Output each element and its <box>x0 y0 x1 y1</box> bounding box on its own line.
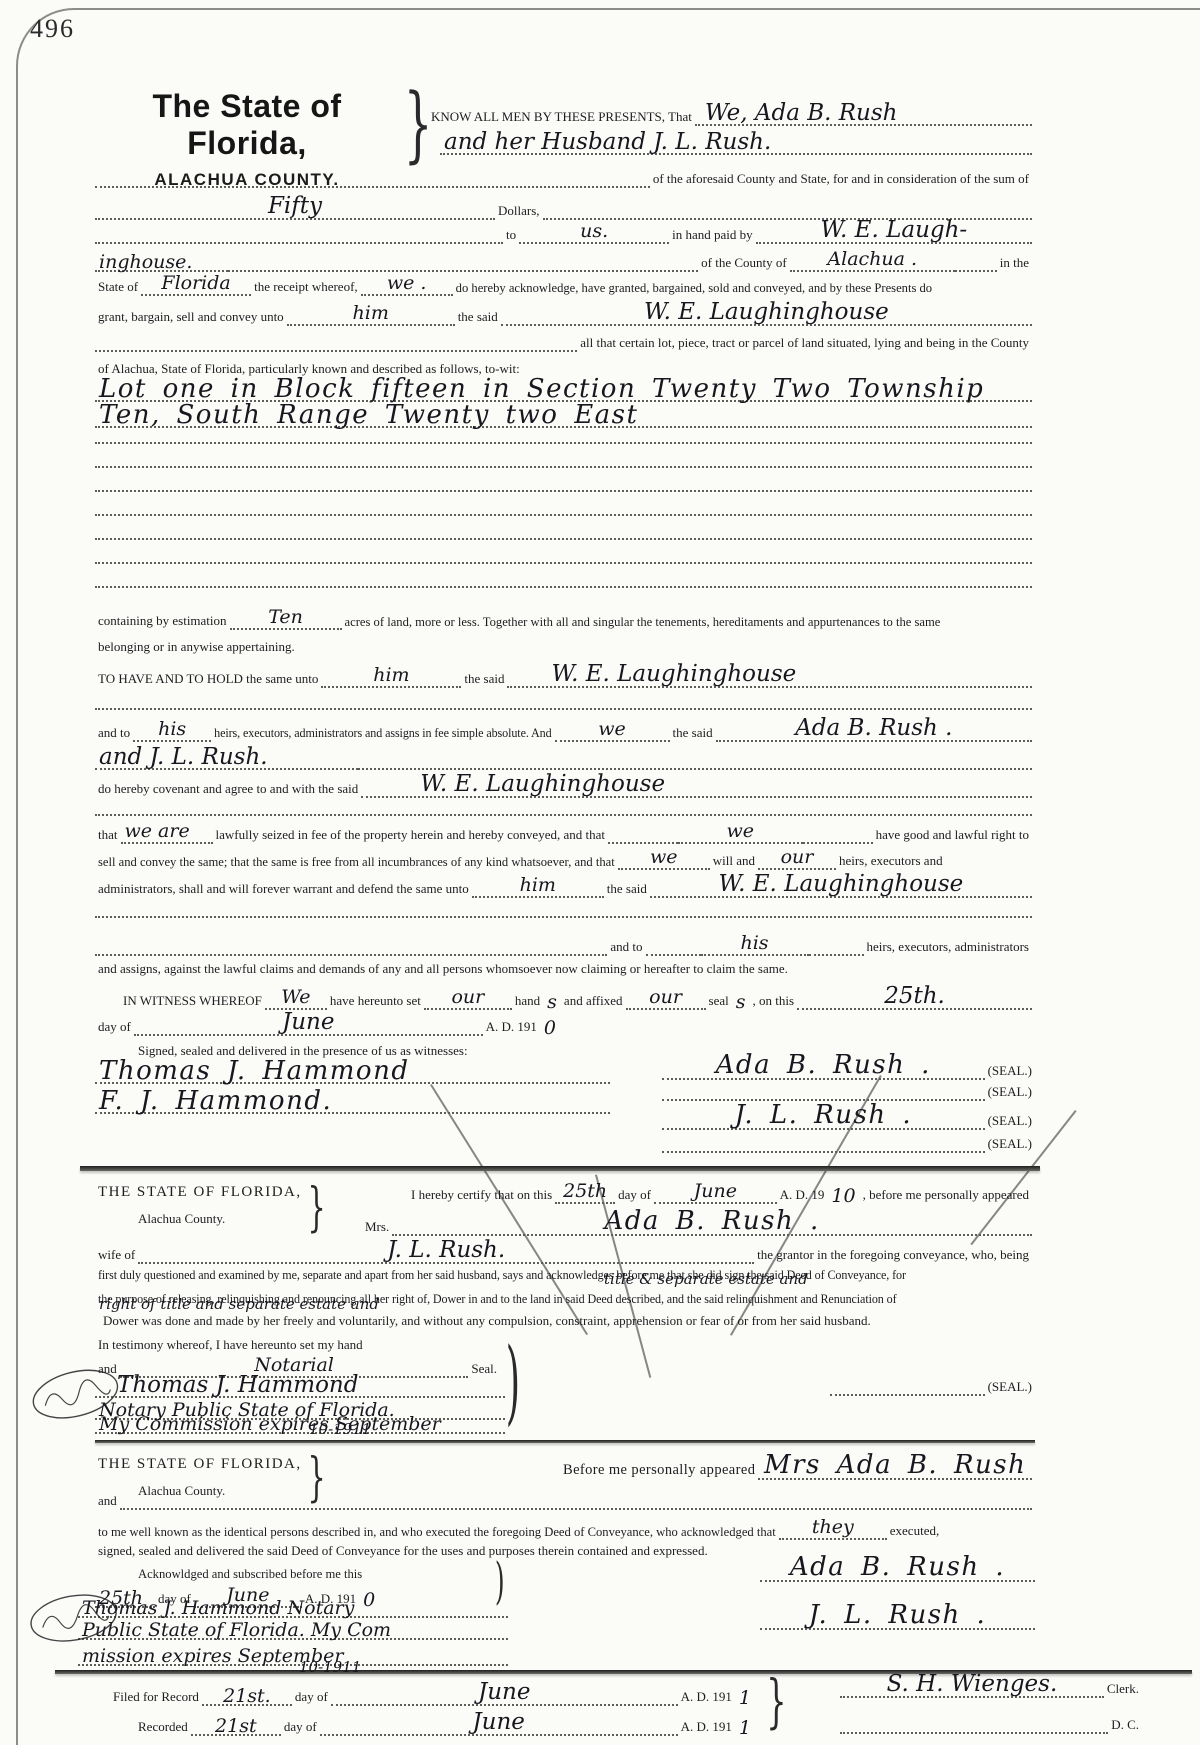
his-entry: his <box>701 935 809 956</box>
printed-the-said: the said <box>604 882 650 898</box>
payee-handwriting: us. <box>576 220 612 242</box>
notary2-known-line: to me well known as the identical person… <box>95 1512 1032 1540</box>
day-handwriting: 25th <box>559 1180 611 1202</box>
our-handwriting: our <box>645 986 686 1008</box>
we-are-handwriting: we are <box>121 820 194 842</box>
we-entry: we <box>555 721 670 742</box>
grantee-handwriting: W. E. Laughinghouse <box>547 661 800 687</box>
day-handwriting: 25th. <box>880 983 949 1009</box>
blank-rule <box>95 424 1032 444</box>
heirs-handwriting: his <box>154 718 190 740</box>
dotted-leader <box>120 1508 1032 1510</box>
seized-line: that we are lawfully seized in fee of th… <box>95 818 1032 844</box>
printed-heirs: heirs, executors, administrators and ass… <box>211 727 554 742</box>
sum-entry: Fifty <box>95 197 495 220</box>
dotted-leader <box>95 514 1032 516</box>
we-handwriting: we <box>594 718 630 740</box>
seal-label: (SEAL.) <box>985 1380 1035 1396</box>
witness-signature-row: Thomas J. Hammond <box>95 1054 610 1084</box>
grantor2-line: and J. L. Rush. <box>95 742 1032 770</box>
husband-handwriting: J. L. Rush. <box>383 1237 509 1263</box>
month-entry: June <box>654 1183 777 1204</box>
sell-line: sell and convey the same; that the same … <box>95 844 1032 870</box>
grantor-names-handwriting: We, Ada B. Rush <box>695 104 1032 126</box>
to-have-line: TO HAVE AND TO HOLD the same unto him th… <box>95 658 1032 688</box>
grant-line: grant, bargain, sell and convey unto him… <box>95 296 1032 326</box>
plural-s-handwriting: s <box>732 994 750 1010</box>
blank-rule <box>95 900 1032 918</box>
receipt-entry: we . <box>361 275 453 296</box>
recorded-day-handwriting: 21st <box>191 1718 281 1736</box>
section-divider <box>80 1166 1040 1171</box>
grantor-signature: Ada B. Rush . <box>786 1552 1009 1582</box>
we-entry: we <box>618 849 710 870</box>
printed-ad: A. D. 19 <box>777 1188 828 1204</box>
month-handwriting: June <box>278 1009 338 1035</box>
blank-rule <box>95 520 1032 540</box>
dotted-leader <box>95 350 577 352</box>
notary1-testimony-line: In testimony whereof, I have hereunto se… <box>95 1332 515 1354</box>
signature-entry: Ada B. Rush . <box>760 1556 1035 1582</box>
printed-to: to <box>503 228 519 244</box>
notary1-certify-line: I hereby certify that on this 25th day o… <box>408 1178 1032 1204</box>
husband-entry: J. L. Rush. <box>138 1241 754 1264</box>
printed-acknowledge: do hereby acknowledge, have granted, bar… <box>453 281 935 296</box>
blank-rule <box>95 544 1032 564</box>
commission-date-handwriting: 10-1911 <box>305 1423 375 1436</box>
sum-line: Fifty Dollars, <box>95 192 1032 220</box>
printed-receipt: the receipt whereof, <box>251 280 361 296</box>
notary2-notary-row: mission expires September <box>78 1640 508 1666</box>
heirs2-line: and to his heirs, executors, administrat… <box>95 930 1032 956</box>
dotted-leader <box>840 1732 1108 1734</box>
printed-administrators: administrators, shall and will forever w… <box>95 882 472 898</box>
printed-ad: A. D. 191 <box>483 1020 540 1036</box>
we-entry: We <box>265 989 327 1010</box>
acreage-entry: Ten <box>230 609 342 630</box>
we-handwriting: We <box>277 986 314 1008</box>
grantee-entry: W. E. Laughinghouse <box>501 303 1032 326</box>
blank-rule <box>95 448 1032 468</box>
containing-line: containing by estimation Ten acres of la… <box>95 604 1032 630</box>
clerk-signature: S. H. Wienges. <box>883 1671 1062 1697</box>
printed-in-hand: in hand paid by <box>669 228 756 244</box>
witness-signature-row: F. J. Hammond. <box>95 1084 610 1114</box>
filed-for-record-line: Filed for Record 21st. day of June A. D.… <box>110 1680 755 1706</box>
printed-that: that <box>95 828 121 844</box>
bracket-icon: ) <box>506 1336 520 1428</box>
receipt-line: State of Florida the receipt whereof, we… <box>95 270 1032 296</box>
our-entry: our <box>424 989 512 1010</box>
witness-signature: F. J. Hammond. <box>95 1090 610 1114</box>
our-entry: our <box>626 989 706 1010</box>
grantee-entry: W. E. Laughinghouse <box>507 665 1032 688</box>
printed-acres-text: acres of land, more or less. Together wi… <box>342 615 944 630</box>
notary2-and-line: and <box>95 1488 1032 1510</box>
brace-icon: } <box>307 1182 325 1234</box>
clerk-label: Clerk. <box>1104 1682 1142 1698</box>
his-handwriting: his <box>736 932 772 954</box>
notary1-seal-row: (SEAL.) <box>830 1372 1035 1396</box>
we-handwriting: we <box>723 820 759 842</box>
printed-covenant: do hereby covenant and agree to and with… <box>95 782 361 798</box>
grantor-signature: J. L. Rush . <box>805 1600 991 1630</box>
printed-seized: lawfully seized in fee of the property h… <box>213 828 608 844</box>
grantor-signature: J. L. Rush . <box>730 1100 916 1130</box>
filed-year-handwriting: 1 <box>735 1690 755 1706</box>
unto-handwriting: him <box>369 664 413 686</box>
printed-belonging: belonging or in anywise appertaining. <box>95 640 298 656</box>
dotted-leader <box>95 708 1032 710</box>
printed-state-of: State of <box>95 280 141 296</box>
grantor-entry: Ada B. Rush . <box>716 719 1032 742</box>
seal-label: (SEAL.) <box>985 1114 1035 1130</box>
witness-signature: Thomas J. Hammond <box>95 1060 610 1084</box>
printed-grant-unto: grant, bargain, sell and convey unto <box>95 310 287 326</box>
notary1-insert-line: title & separate estate and <box>600 1268 860 1286</box>
day-entry: 25th <box>555 1183 615 1204</box>
grantee-handwriting: W. E. Laughinghouse <box>640 299 893 325</box>
notary1-questioned-line: first duly questioned and examined by me… <box>95 1262 1032 1284</box>
printed-ad: A. D. 191 <box>678 1720 735 1736</box>
name-entry: Mrs Ada B. Rush <box>758 1454 1032 1480</box>
grantor-signature: Ada B. Rush . <box>712 1050 935 1080</box>
notary1-state: THE STATE OF FLORIDA, <box>95 1184 305 1202</box>
acreage-handwriting: Ten <box>264 606 307 628</box>
printed-filed-label: Filed for Record <box>110 1690 202 1706</box>
county-entry: Alachua . <box>790 251 955 272</box>
paid-by-line: to us. in hand paid by W. E. Laugh- <box>95 218 1032 244</box>
grantee-entry: W. E. Laughinghouse <box>361 775 1032 798</box>
dotted-leader <box>95 562 1032 564</box>
dotted-leader <box>95 586 1032 588</box>
printed-the-said: the said <box>461 672 507 688</box>
all-that-line: all that certain lot, piece, tract or pa… <box>95 330 1032 352</box>
deed-record-page: 496 The State of Florida, ALACHUA COUNTY… <box>0 0 1200 1745</box>
our-entry: our <box>758 849 836 870</box>
insert-handwriting: title & separate estate and <box>600 1273 812 1286</box>
notary-title-handwriting: Public State of Florida. My Com <box>78 1622 508 1640</box>
printed-appeared: , before me personally appeared <box>860 1188 1032 1204</box>
printed-recorded-label: Recorded <box>135 1720 191 1736</box>
recorded-line: Recorded 21st day of June A. D. 191 1 <box>135 1710 755 1736</box>
printed-heirs2: heirs, executors, administrators <box>864 940 1032 956</box>
blank-rule <box>95 472 1032 492</box>
printed-presents: KNOW ALL MEN BY THESE PRESENTS, That <box>428 110 695 126</box>
deputy-clerk-label: D. C. <box>1108 1718 1142 1734</box>
signature-entry: J. L. Rush . <box>662 1104 985 1130</box>
we-are-entry: we are <box>121 823 213 844</box>
commission-handwriting: mission expires September <box>78 1648 508 1666</box>
blank-rule <box>95 496 1032 516</box>
printed-signed: signed, sealed and delivered the said De… <box>95 1544 711 1560</box>
recorded-month-handwriting: June <box>468 1709 528 1735</box>
dotted-leader <box>95 814 1032 816</box>
deputy-clerk-row: D. C. <box>840 1712 1142 1734</box>
notary2-ack-line: Acknowldged and subscribed before me thi… <box>135 1560 490 1582</box>
covenant-line: do hereby covenant and agree to and with… <box>95 768 1032 798</box>
signature-entry: J. L. Rush . <box>760 1604 1035 1630</box>
commission-date-handwriting: 10-1911 <box>295 1661 365 1674</box>
notary1-dower-line: Dower was done and made by her freely an… <box>100 1308 1032 1330</box>
notary1-name-line: Mrs. Ada B. Rush . <box>362 1206 1032 1236</box>
printed-day-of: day of <box>95 1020 134 1036</box>
date-line: day of June A. D. 191 0 <box>95 1008 560 1036</box>
dotted-leader <box>95 916 1032 918</box>
notary1-commission-date: 10-1911 <box>305 1418 445 1436</box>
printed-assigns: and assigns, against the lawful claims a… <box>95 962 791 978</box>
grantee-entry: W. E. Laughinghouse <box>650 875 1032 898</box>
warrant-line: administrators, shall and will forever w… <box>95 868 1032 898</box>
payee-entry: us. <box>519 223 669 244</box>
month-entry: June <box>331 1683 678 1706</box>
grantor-names-handwriting: and her Husband J. L. Rush. <box>440 133 1032 155</box>
sum-handwriting: Fifty <box>264 193 326 219</box>
our-handwriting: our <box>447 986 488 1008</box>
state-title: The State of Florida, <box>92 88 402 162</box>
printed-day-of: day of <box>615 1188 654 1204</box>
him-entry: him <box>472 877 604 898</box>
notary2-signature-row: Ada B. Rush . <box>760 1548 1035 1582</box>
month-entry: June <box>320 1713 678 1736</box>
printed-all-that: all that certain lot, piece, tract or pa… <box>577 336 1032 352</box>
printed-good-right: have good and lawful right to <box>873 828 1032 844</box>
state-entry: Florida <box>141 275 251 296</box>
printed-to-have: TO HAVE AND TO HOLD the same unto <box>95 672 321 688</box>
printed-seal: seal <box>706 994 732 1010</box>
printed-day-of: day of <box>281 1720 320 1736</box>
payer-handwriting: W. E. Laugh- <box>816 217 971 243</box>
seal-label: (SEAL.) <box>985 1137 1035 1153</box>
notary2-state: THE STATE OF FLORIDA, <box>95 1456 305 1474</box>
we-handwriting: we <box>646 846 682 868</box>
clerk-signature-entry: S. H. Wienges. <box>840 1675 1104 1698</box>
printed-and: and <box>95 1494 120 1510</box>
in-witness-line: IN WITNESS WHEREOF We have hereunto set … <box>120 982 1032 1010</box>
state-handwriting: Florida <box>157 272 234 294</box>
unto-entry: him <box>321 667 461 688</box>
signature-entry <box>662 1151 985 1153</box>
printed-affixed: and affixed <box>561 994 626 1010</box>
printed-the-said: the said <box>455 310 501 326</box>
dotted-leader <box>95 186 650 188</box>
opening-clause-line1: KNOW ALL MEN BY THESE PRESENTS, That We,… <box>428 96 1032 126</box>
printed-on-this: , on this <box>750 994 798 1010</box>
blank-rule <box>95 568 1032 588</box>
grantor-handwriting: and J. L. Rush. <box>95 748 358 770</box>
printed-aforesaid: of the aforesaid County and State, for a… <box>650 172 1032 188</box>
dotted-leader <box>95 490 1032 492</box>
printed-day-of: day of <box>292 1690 331 1706</box>
printed-acknowledged: Acknowldged and subscribed before me thi… <box>135 1567 365 1582</box>
name-handwriting: Mrs Ada B. Rush <box>760 1450 1030 1480</box>
notary2-signature-row: J. L. Rush . <box>760 1596 1035 1630</box>
grantor-signature-row: Ada B. Rush . (SEAL.) <box>662 1048 1035 1080</box>
him-handwriting: him <box>516 874 560 896</box>
dotted-leader <box>830 1394 985 1396</box>
day-entry: 25th. <box>797 987 1032 1010</box>
heirs-line: and to his heirs, executors, administrat… <box>95 714 1032 742</box>
grantor-signature-row: (SEAL.) <box>662 1129 1035 1153</box>
county-line: inghouse. of the County of Alachua . in … <box>95 244 1032 272</box>
we-entry: we <box>678 823 803 844</box>
grantee-handwriting: W. E. Laughinghouse <box>715 871 968 897</box>
filed-month-handwriting: June <box>474 1679 534 1705</box>
notary1-county: Alachua County. <box>135 1212 228 1228</box>
printed-and-to: and to <box>95 726 133 742</box>
grantor-handwriting: Ada B. Rush . <box>791 715 956 741</box>
brace-icon: } <box>766 1672 786 1730</box>
notary2-commission-date: 10-1911 <box>295 1656 435 1674</box>
dotted-leader <box>95 466 1032 468</box>
they-entry: they <box>779 1519 887 1540</box>
month-entry: June <box>134 1013 483 1036</box>
printed-certify: I hereby certify that on this <box>408 1188 555 1204</box>
consideration-line: of the aforesaid County and State, for a… <box>95 166 1032 188</box>
year-handwriting: 0 <box>540 1020 560 1036</box>
section-divider <box>95 1440 1035 1443</box>
printed-the-said: the said <box>670 726 716 742</box>
unto-handwriting: him <box>349 302 393 324</box>
dotted-leader <box>95 442 1032 444</box>
they-handwriting: they <box>808 1516 858 1538</box>
clerk-signature-row: S. H. Wienges. Clerk. <box>840 1668 1142 1698</box>
page-number: 496 <box>30 14 75 44</box>
grantor-signature-row: J. L. Rush . (SEAL.) <box>662 1098 1035 1130</box>
printed-and-to: and to <box>607 940 645 956</box>
name-handwriting: Ada B. Rush . <box>600 1206 823 1236</box>
dotted-leader <box>95 538 1032 540</box>
our-handwriting: our <box>777 846 818 868</box>
printed-containing: containing by estimation <box>95 614 230 630</box>
month-handwriting: June <box>690 1180 741 1202</box>
printed-before: Before me personally appeared <box>560 1462 758 1480</box>
county-handwriting: Alachua . <box>823 248 921 270</box>
blank-rule <box>95 692 1032 710</box>
printed-ad: A. D. 191 <box>678 1690 735 1706</box>
payer-entry: W. E. Laugh- <box>756 221 1032 244</box>
name-entry: Ada B. Rush . <box>392 1210 1032 1236</box>
printed-dower: Dower was done and made by her freely an… <box>100 1314 874 1330</box>
belonging-line: belonging or in anywise appertaining. <box>95 634 1032 656</box>
notary1-wife-line: wife of J. L. Rush. the grantor in the f… <box>95 1234 1032 1264</box>
heirs-entry: his <box>133 721 211 742</box>
blank-rule <box>95 798 1032 816</box>
unto-entry: him <box>287 305 455 326</box>
assigns-line: and assigns, against the lawful claims a… <box>95 956 1032 978</box>
year-handwriting: 10 <box>827 1188 859 1204</box>
notary2-notary-row: Public State of Florida. My Com <box>78 1614 508 1640</box>
notary1-county-line: Alachua County. <box>135 1206 335 1228</box>
recorded-year-handwriting: 1 <box>735 1720 755 1736</box>
receipt-handwriting: we . <box>383 272 431 294</box>
grantee-handwriting: W. E. Laughinghouse <box>416 771 669 797</box>
filed-day-handwriting: 21st. <box>202 1688 292 1706</box>
opening-clause-line2: and her Husband J. L. Rush. <box>440 127 1032 155</box>
notary2-appeared-line: Before me personally appeared Mrs Ada B.… <box>560 1450 1032 1480</box>
